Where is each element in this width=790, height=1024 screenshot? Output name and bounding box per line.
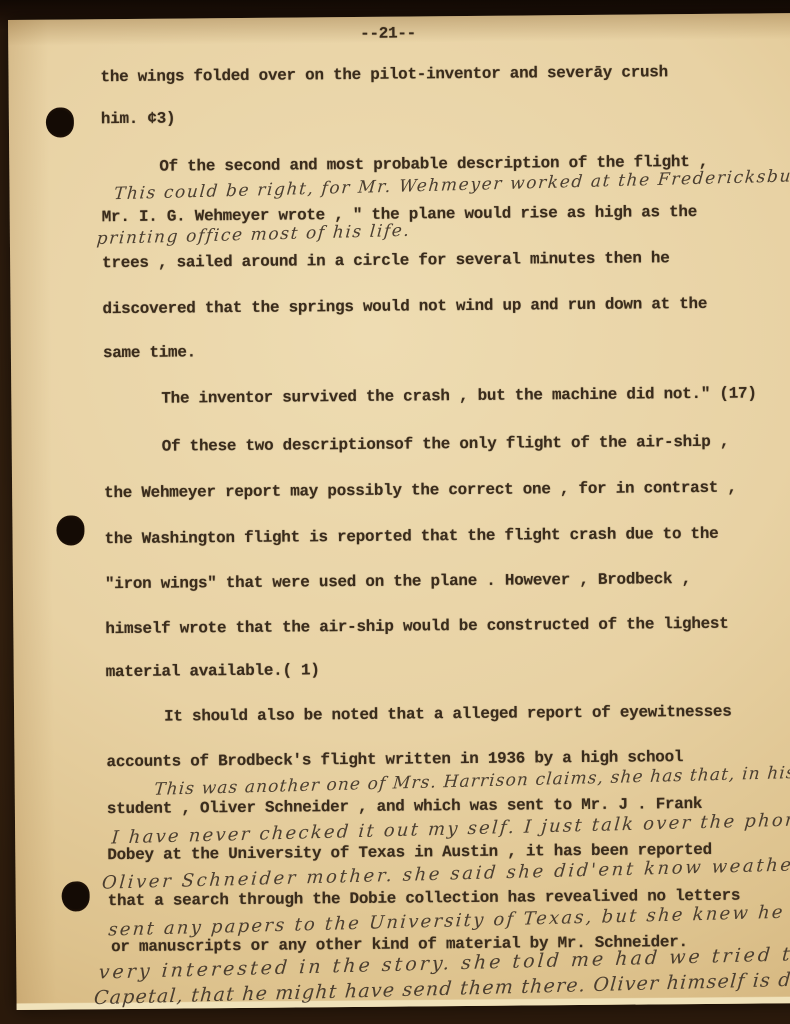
typed-line: Of these two descriptionsof the only fli… <box>162 434 730 455</box>
typed-line: The inventor survived the crash , but th… <box>161 385 756 406</box>
typed-line: material available.( 1) <box>106 662 320 680</box>
typed-line: the wings folded over on the pilot-inven… <box>100 64 668 85</box>
typed-line: himself wrote that the air-ship would be… <box>105 616 728 637</box>
punch-hole <box>62 881 90 911</box>
punch-hole <box>56 515 84 545</box>
page-number: --21-- <box>360 25 416 41</box>
handwritten-annotation: printing office most of his life. <box>96 223 411 248</box>
typed-line: accounts of Brodbeck's flight written in… <box>106 749 683 770</box>
typed-line: the Wehmeyer report may possibly the cor… <box>104 480 737 502</box>
typed-line: It should also be noted that a alleged r… <box>164 704 732 725</box>
typed-line: the Washington flight is reported that t… <box>104 526 718 547</box>
typed-line: trees , sailed around in a circle for se… <box>102 250 670 271</box>
typed-line: discovered that the springs would not wi… <box>102 296 707 317</box>
punch-hole <box>46 107 74 137</box>
typed-line: same time. <box>103 344 196 361</box>
typed-line: "iron wings" that were used on the plane… <box>105 571 691 592</box>
document-page: --21-- the wings folded over on the pilo… <box>8 13 790 1010</box>
typed-line: him. ¢3) <box>101 111 176 128</box>
